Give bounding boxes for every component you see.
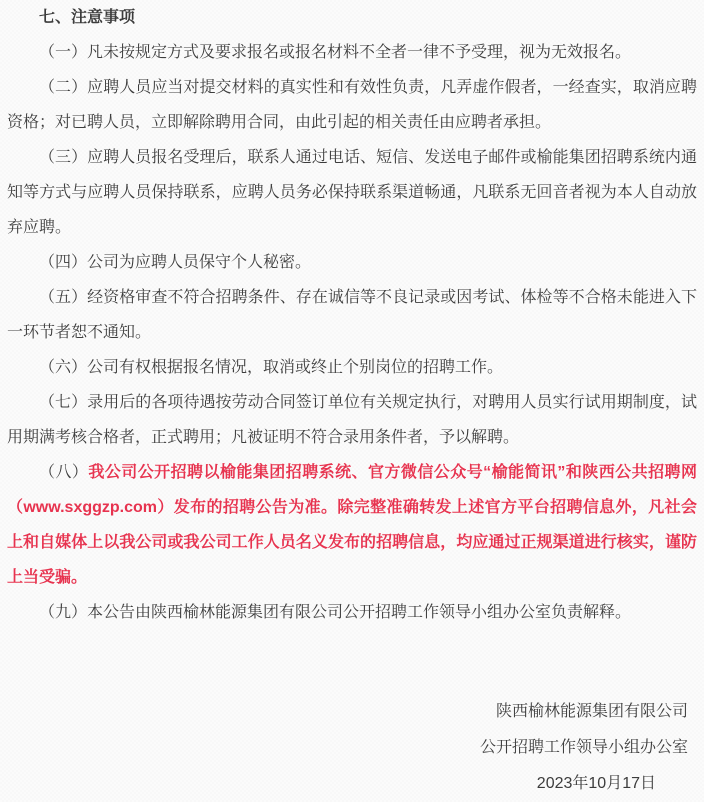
section-heading: 七、注意事项 bbox=[7, 0, 697, 35]
notice-item-8-emphasis: 我公司公开招聘以榆能集团招聘系统、官方微信公众号“榆能简讯”和陕西公共招聘网（w… bbox=[7, 464, 697, 586]
signature-block: 陕西榆林能源集团有限公司 公开招聘工作领导小组办公室 2023年10月17日 bbox=[7, 694, 697, 802]
notice-document: 七、注意事项 （一）凡未按规定方式及要求报名或报名材料不全者一律不予受理，视为无… bbox=[0, 0, 704, 802]
notice-item-5: （五）经资格审查不符合招聘条件、存在诚信等不良记录或因考试、体检等不合格未能进入… bbox=[7, 280, 697, 350]
notice-item-8-prefix: （八） bbox=[39, 464, 88, 481]
notice-item-9: （九）本公告由陕西榆林能源集团有限公司公开招聘工作领导小组办公室负责解释。 bbox=[7, 595, 697, 630]
notice-item-7: （七）录用后的各项待遇按劳动合同签订单位有关规定执行，对聘用人员实行试用期制度，… bbox=[7, 385, 697, 455]
notice-item-6: （六）公司有权根据报名情况，取消或终止个别岗位的招聘工作。 bbox=[7, 350, 697, 385]
signature-office: 公开招聘工作领导小组办公室 bbox=[7, 730, 688, 766]
notice-item-8: （八）我公司公开招聘以榆能集团招聘系统、官方微信公众号“榆能简讯”和陕西公共招聘… bbox=[7, 455, 697, 595]
signature-date: 2023年10月17日 bbox=[7, 766, 688, 802]
notice-item-3: （三）应聘人员报名受理后，联系人通过电话、短信、发送电子邮件或榆能集团招聘系统内… bbox=[7, 140, 697, 245]
notice-item-4: （四）公司为应聘人员保守个人秘密。 bbox=[7, 245, 697, 280]
signature-company: 陕西榆林能源集团有限公司 bbox=[7, 694, 688, 730]
notice-item-1: （一）凡未按规定方式及要求报名或报名材料不全者一律不予受理，视为无效报名。 bbox=[7, 35, 697, 70]
notice-item-2: （二）应聘人员应当对提交材料的真实性和有效性负责，凡弄虚作假者，一经查实，取消应… bbox=[7, 70, 697, 140]
